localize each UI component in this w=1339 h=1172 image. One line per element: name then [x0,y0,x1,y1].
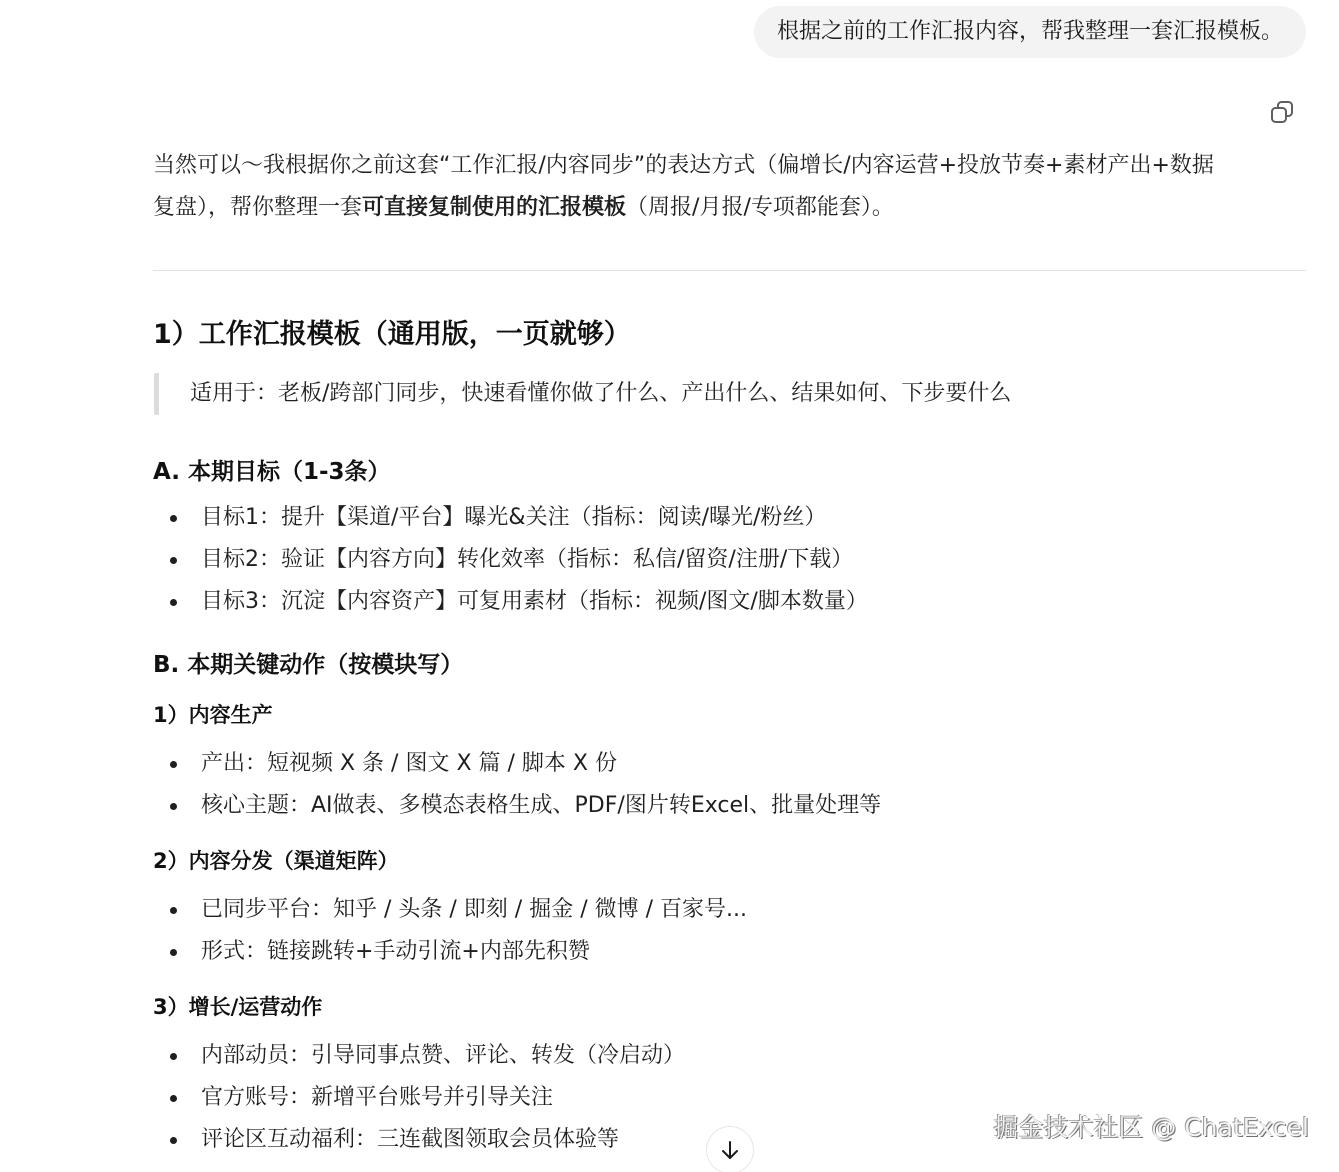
user-message-bubble: 根据之前的工作汇报内容，帮我整理一套汇报模板。 [754,6,1306,58]
copy-icon [1269,99,1295,125]
copy-button[interactable] [1266,96,1298,128]
reply-intro: 当然可以～我根据你之前这套“工作汇报/内容同步”的表达方式（偏增长/内容运营+投… [153,145,1306,229]
group-2-list: 已同步平台：知乎 / 头条 / 即刻 / 掘金 / 微博 / 百家号... 形式… [153,889,1306,973]
list-item: 目标2：验证【内容方向】转化效率（指标：私信/留资/注册/下载） [153,539,1306,581]
part-a-title: A. 本期目标（1-3条） [153,454,1306,490]
part-a-list: 目标1：提升【渠道/平台】曝光&关注（指标：阅读/曝光/粉丝） 目标2：验证【内… [153,497,1306,623]
arrow-down-icon [719,1139,741,1161]
group-1-title: 1）内容生产 [153,699,1306,731]
part-b-title: B. 本期关键动作（按模块写） [153,647,1306,683]
list-item: 内部动员：引导同事点赞、评论、转发（冷启动） [153,1035,1306,1077]
group-1-list: 产出：短视频 X 条 / 图文 X 篇 / 脚本 X 份 核心主题：AI做表、多… [153,743,1306,827]
section-1-title: 1）工作汇报模板（通用版，一页就够） [153,315,1306,355]
list-item: 核心主题：AI做表、多模态表格生成、PDF/图片转Excel、批量处理等 [153,785,1306,827]
list-item: 产出：短视频 X 条 / 图文 X 篇 / 脚本 X 份 [153,743,1306,785]
user-message-text: 根据之前的工作汇报内容，帮我整理一套汇报模板。 [777,19,1283,44]
watermark: 掘金技术社区 @ ChatExcel [993,1110,1309,1146]
list-item: 目标3：沉淀【内容资产】可复用素材（指标：视频/图文/脚本数量） [153,581,1306,623]
scroll-to-bottom-button[interactable] [706,1126,754,1172]
intro-line-2-pre: 复盘），帮你整理一套 [153,195,362,220]
group-2-title: 2）内容分发（渠道矩阵） [153,845,1306,877]
assistant-reply: 当然可以～我根据你之前这套“工作汇报/内容同步”的表达方式（偏增长/内容运营+投… [153,145,1306,1161]
group-3-title: 3）增长/运营动作 [153,991,1306,1023]
divider [153,270,1306,271]
intro-bold-highlight: 可直接复制使用的汇报模板 [362,195,626,220]
intro-line-2-post: （周报/月报/专项都能套）。 [626,195,894,220]
chat-page: 根据之前的工作汇报内容，帮我整理一套汇报模板。 当然可以～我根据你之前这套“工作… [0,0,1339,1172]
list-item: 已同步平台：知乎 / 头条 / 即刻 / 掘金 / 微博 / 百家号... [153,889,1306,931]
list-item: 形式：链接跳转+手动引流+内部先积赞 [153,931,1306,973]
list-item: 目标1：提升【渠道/平台】曝光&关注（指标：阅读/曝光/粉丝） [153,497,1306,539]
intro-line-1: 当然可以～我根据你之前这套“工作汇报/内容同步”的表达方式（偏增长/内容运营+投… [153,153,1214,178]
blockquote-usage: 适用于：老板/跨部门同步，快速看懂你做了什么、产出什么、结果如何、下步要什么 [154,373,1306,415]
